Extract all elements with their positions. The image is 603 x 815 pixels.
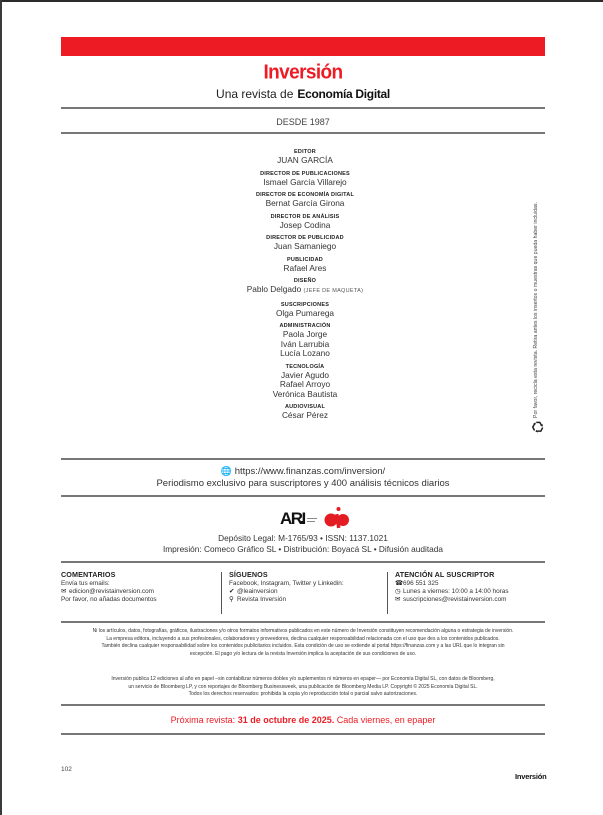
next-issue-prefix: Próxima revista:	[171, 715, 236, 725]
mail-icon: ✉	[395, 596, 403, 604]
staff-name-text: Javier Agudo	[281, 370, 329, 380]
disclaimer-line: La empresa editora, incluyendo a sus pro…	[61, 636, 545, 644]
follow-title: SÍGUENOS	[229, 570, 344, 579]
economia-digital-brand: Economía Digital	[297, 87, 390, 101]
masthead-subtitle: Una revista deEconomía Digital	[61, 87, 545, 102]
print-distribution: Impresión: Comeco Gráfico SL • Distribuc…	[61, 544, 545, 554]
staff-name-text: Iván Larrubia	[281, 339, 329, 349]
footer-logo: Inversión	[515, 772, 547, 781]
comments-column: COMENTARIOS Envía tus emails: ✉edicion@r…	[61, 570, 157, 605]
globe-icon: 🌐	[221, 466, 232, 476]
subtitle-prefix: Una revista de	[216, 87, 293, 101]
phone-icon: ☎	[395, 580, 403, 588]
publication-info-line: Todos los derechos reservados: prohibida…	[61, 691, 545, 699]
search-term-link[interactable]: Revista Inversión	[237, 596, 286, 603]
staff-name: Pablo Delgado (JEFE DE MAQUETA)	[200, 285, 410, 297]
staff-name-text: Paola Jorge	[283, 329, 327, 339]
column-divider	[221, 572, 222, 614]
staff-name: Ismael García Villarejo	[200, 178, 410, 188]
staff-name: César Pérez	[200, 411, 410, 421]
support-hours: Lunes a viernes: 10:00 a 14:00 horas	[403, 588, 509, 595]
recycle-text: Por favor, recicla esta revista. Retira …	[533, 168, 539, 418]
staff-name-text: Bernat García Girona	[266, 198, 345, 208]
staff-name-text: Pablo Delgado	[247, 284, 301, 294]
rule-divider	[61, 621, 545, 623]
column-divider	[387, 572, 388, 614]
support-phone[interactable]: 696 551 325	[403, 580, 439, 587]
page-number: 102	[61, 766, 72, 773]
disclaimer-line: Ni los artículos, datos, fotografías, gr…	[61, 628, 545, 636]
staff-role: DISEÑO	[200, 278, 410, 285]
staff-name-text: Ismael García Villarejo	[263, 177, 346, 187]
publication-info-line: un servicio de Bloomberg LP, y con repor…	[61, 684, 545, 692]
next-issue-line: Próxima revista: 31 de octubre de 2025. …	[61, 715, 545, 726]
disclaimer-line: excepción. El pago y/o lectura de la rev…	[61, 651, 545, 659]
staff-name: Lucía Lozano	[200, 349, 410, 359]
masthead-logo: Inversión	[61, 61, 545, 85]
search-icon: ⚲	[229, 596, 237, 604]
partner-logos: ARI	[280, 505, 360, 531]
subscriptions-email-link[interactable]: suscripciones@revistainversion.com	[403, 596, 506, 603]
comments-note: Por favor, no añadas documentos	[61, 596, 157, 604]
rule-divider	[61, 458, 545, 460]
publication-info: Inversión publica 12 ediciones al año en…	[61, 676, 545, 699]
legal-deposit: Depósito Legal: M-1765/93 • ISSN: 1137.1…	[61, 533, 545, 543]
page-frame-top	[0, 0, 603, 2]
rule-divider	[61, 704, 545, 706]
rule-divider	[61, 107, 545, 109]
staff-name-text: Verónica Bautista	[273, 389, 338, 399]
ari-logo: ARI	[280, 505, 360, 531]
rule-divider	[61, 561, 545, 563]
staff-name: JUAN GARCÍA	[200, 156, 410, 166]
staff-name: Olga Pumarega	[200, 309, 410, 319]
subscriber-support-column: ATENCIÓN AL SUSCRIPTOR ☎696 551 325 ◷Lun…	[395, 570, 509, 605]
staff-name: Bernat García Girona	[200, 199, 410, 209]
comments-intro: Envía tus emails:	[61, 580, 157, 588]
rule-divider	[61, 132, 545, 134]
next-issue-date: 31 de octubre de 2025.	[238, 715, 335, 725]
staff-name: Verónica Bautista	[200, 390, 410, 400]
staff-note: (JEFE DE MAQUETA)	[304, 288, 364, 294]
disclaimer-line: También declina cualquier responsabilida…	[61, 643, 545, 651]
staff-name-text: César Pérez	[282, 410, 328, 420]
mail-icon: ✉	[61, 588, 69, 596]
publication-info-line: Inversión publica 12 ediciones al año en…	[61, 676, 545, 684]
rule-divider	[61, 733, 545, 735]
website-link[interactable]: https://www.finanzas.com/inversion/	[235, 466, 385, 477]
staff-name-text: Rafael Ares	[284, 263, 327, 273]
staff-name: Josep Codina	[200, 221, 410, 231]
staff-credits: EDITORJUAN GARCÍADIRECTOR DE PUBLICACION…	[200, 149, 410, 421]
recycle-notice: Por favor, recicla esta revista. Retira …	[530, 168, 548, 438]
comments-title: COMENTARIOS	[61, 570, 157, 579]
page-frame-left	[0, 0, 2, 815]
staff-name-text: Lucía Lozano	[280, 348, 330, 358]
social-handle-link[interactable]: @leainversion	[237, 588, 278, 595]
staff-name-text: Olga Pumarega	[276, 308, 334, 318]
staff-name: Juan Samaniego	[200, 242, 410, 252]
brand-red-bar	[61, 37, 545, 56]
follow-intro: Facebook, Instagram, Twitter y Linkedin:	[229, 580, 344, 588]
recycle-icon	[531, 420, 545, 434]
rule-divider	[61, 495, 545, 497]
disclaimer: Ni los artículos, datos, fotografías, gr…	[61, 628, 545, 658]
staff-name: Rafael Ares	[200, 264, 410, 274]
staff-name-text: Juan Samaniego	[274, 241, 336, 251]
staff-name-text: Josep Codina	[280, 220, 331, 230]
contact-columns: COMENTARIOS Envía tus emails: ✉edicion@r…	[61, 570, 545, 616]
follow-column: SÍGUENOS Facebook, Instagram, Twitter y …	[229, 570, 344, 605]
staff-name-text: JUAN GARCÍA	[277, 155, 333, 165]
svg-text:ARI: ARI	[280, 509, 306, 528]
edition-email-link[interactable]: edicion@revistainversion.com	[69, 588, 154, 595]
ojd-logo	[325, 507, 350, 528]
support-title: ATENCIÓN AL SUSCRIPTOR	[395, 570, 509, 579]
staff-name-text: Rafael Arroyo	[280, 379, 330, 389]
tagline: Periodismo exclusivo para suscriptores y…	[61, 478, 545, 490]
next-issue-suffix: Cada viernes, en epaper	[337, 715, 436, 725]
since-label: DESDE 1987	[61, 117, 545, 128]
clock-icon: ◷	[395, 588, 403, 596]
website-line: 🌐 https://www.finanzas.com/inversion/	[61, 465, 545, 478]
